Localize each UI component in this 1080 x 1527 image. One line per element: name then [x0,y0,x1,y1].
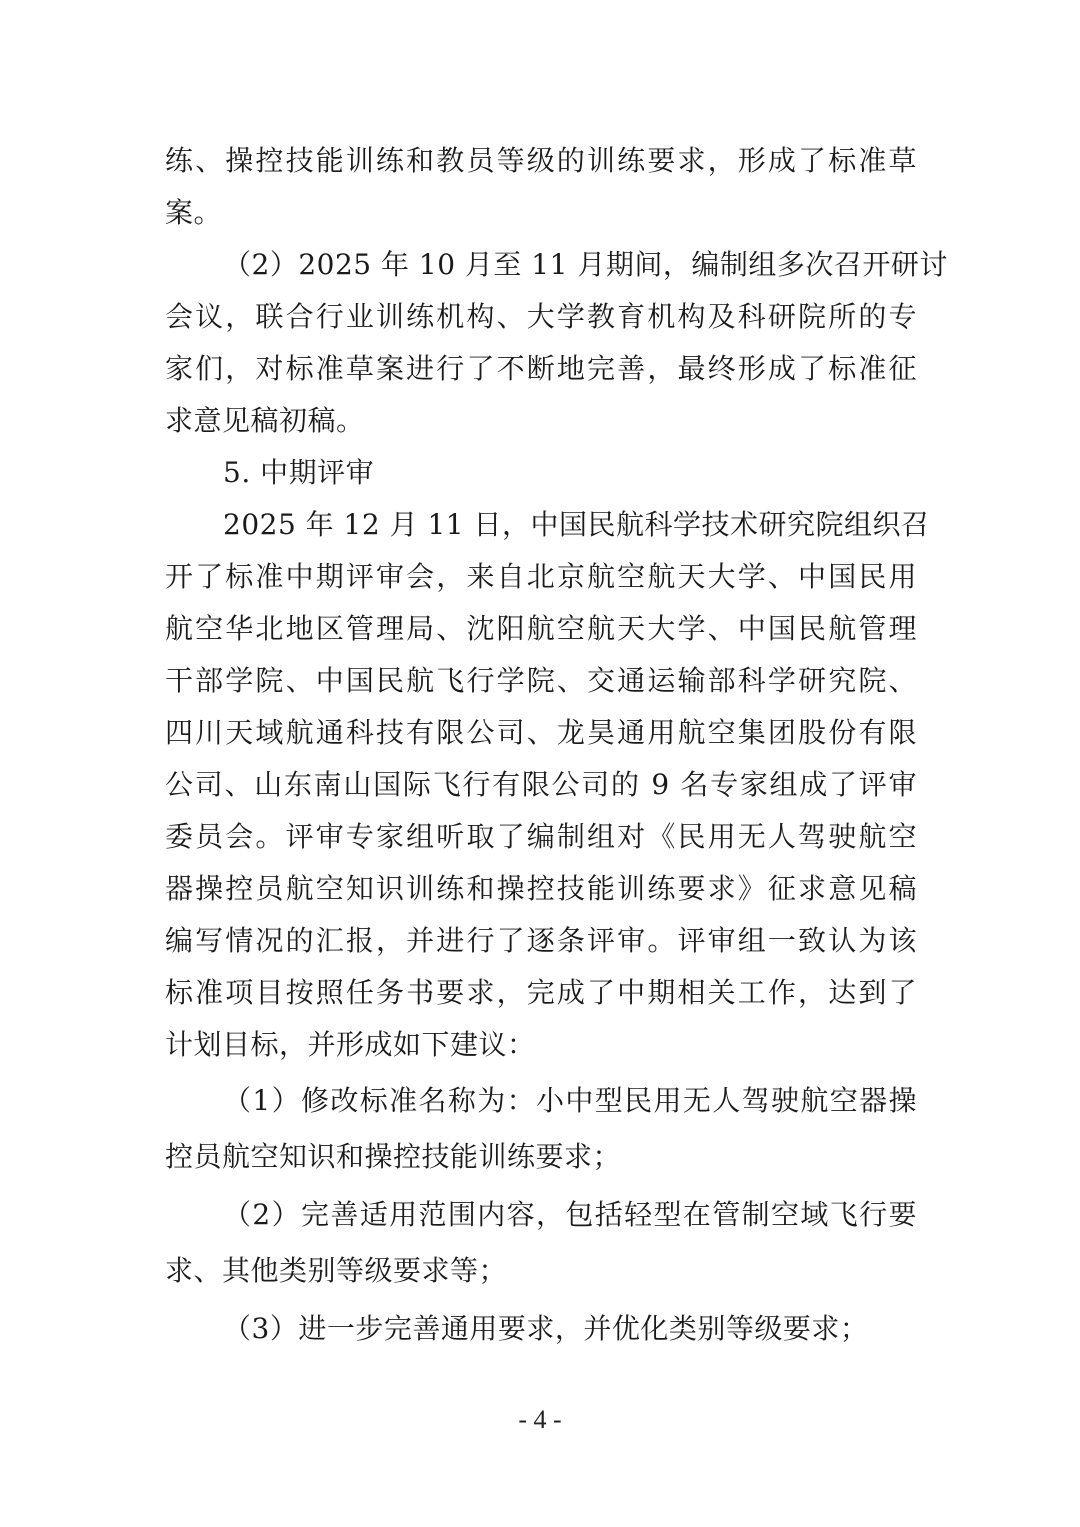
numbered-item-2-line: （2）2025 年 10 月至 11 月期间，编制组多次召开研讨 [165,239,917,291]
text-line: 求意见稿初稿。 [165,395,917,447]
text-line: 会议，联合行业训练机构、大学教育机构及科研院所的专 [165,291,917,343]
text-line: 开了标准中期评审会，来自北京航空航天大学、中国民用 [165,551,917,603]
text-line: 公司、山东南山国际飞行有限公司的 9 名专家组成了评审 [165,759,917,811]
text-line: 家们，对标准草案进行了不断地完善，最终形成了标准征 [165,343,917,395]
numbered-item-3-line: （3）进一步完善通用要求，并优化类别等级要求； [165,1303,917,1355]
document-page: 练、操控技能训练和教员等级的训练要求，形成了标准草 案。 （2）2025 年 1… [0,0,1080,1527]
document-body: 练、操控技能训练和教员等级的训练要求，形成了标准草 案。 （2）2025 年 1… [165,135,917,1355]
text-line: 2025 年 12 月 11 日，中国民航科学技术研究院组织召 [165,499,917,551]
numbered-item-2-line: （2）完善适用范围内容，包括轻型在管制空域飞行要 [165,1189,917,1241]
text-line: 控员航空知识和操控技能训练要求； [165,1131,917,1183]
text-line: 器操控员航空知识训练和操控技能训练要求》征求意见稿 [165,863,917,915]
text-line: 案。 [165,187,917,239]
text-line: 航空华北地区管理局、沈阳航空航天大学、中国民航管理 [165,603,917,655]
text-line: 计划目标，并形成如下建议： [165,1019,917,1071]
page-number: - 4 - [0,1402,1080,1438]
text-line: 四川天域航通科技有限公司、龙昊通用航空集团股份有限 [165,707,917,759]
section-heading: 5. 中期评审 [165,447,917,499]
text-line: 练、操控技能训练和教员等级的训练要求，形成了标准草 [165,135,917,187]
numbered-item-1-line: （1）修改标准名称为：小中型民用无人驾驶航空器操 [165,1075,917,1127]
text-line: 干部学院、中国民航飞行学院、交通运输部科学研究院、 [165,655,917,707]
text-line: 编写情况的汇报，并进行了逐条评审。评审组一致认为该 [165,915,917,967]
text-line: 委员会。评审专家组听取了编制组对《民用无人驾驶航空 [165,811,917,863]
text-line: 标准项目按照任务书要求，完成了中期相关工作，达到了 [165,967,917,1019]
text-line: 求、其他类别等级要求等； [165,1245,917,1297]
